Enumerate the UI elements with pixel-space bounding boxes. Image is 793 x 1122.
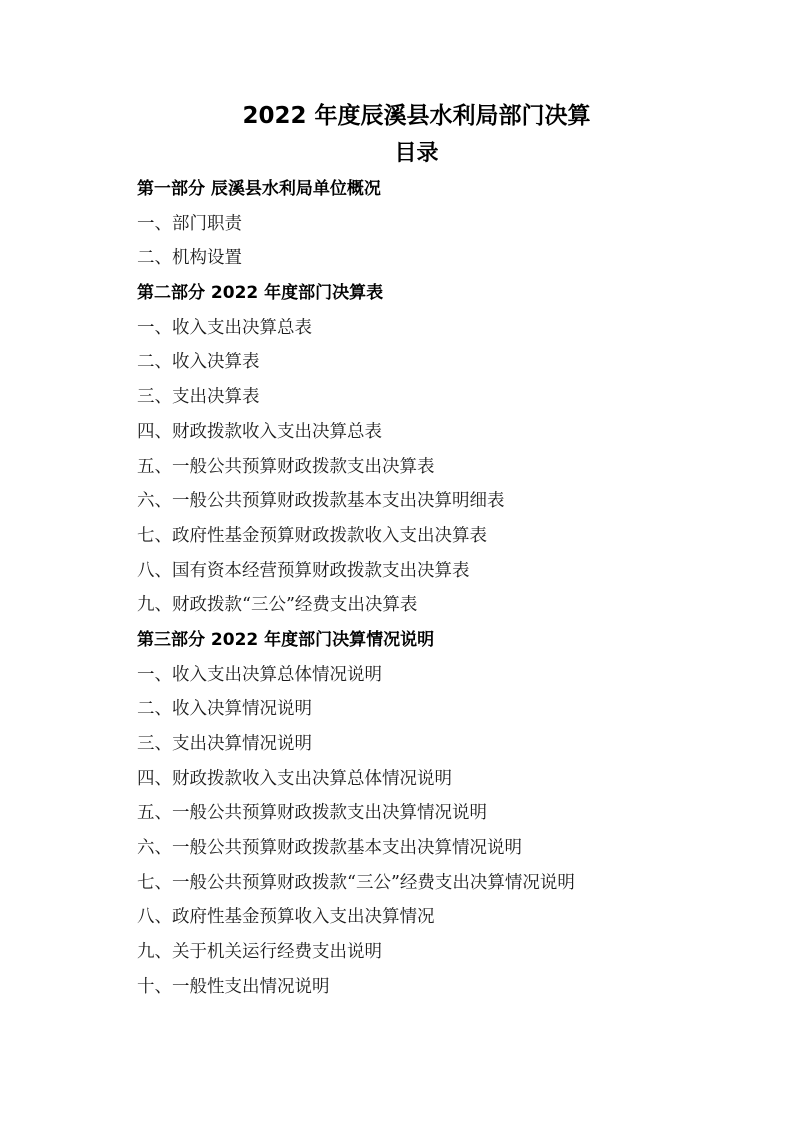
toc-entry: 五、一般公共预算财政拨款支出决算情况说明 <box>137 798 575 833</box>
toc-entry: 二、收入决算情况说明 <box>137 694 575 729</box>
toc-entry: 一、收入支出决算总表 <box>137 313 575 348</box>
toc-entry: 四、财政拨款收入支出决算总体情况说明 <box>137 764 575 799</box>
toc-entry: 八、政府性基金预算收入支出决算情况 <box>137 902 575 937</box>
toc-title: 目录 <box>0 138 793 170</box>
document-page: 2022 年度辰溪县水利局部门决算 目录 第一部分 辰溪县水利局单位概况 一、部… <box>0 0 793 1122</box>
toc-entry: 一、收入支出决算总体情况说明 <box>137 660 575 695</box>
toc-entry: 三、支出决算情况说明 <box>137 729 575 764</box>
toc-entry: 二、收入决算表 <box>137 347 575 382</box>
table-of-contents: 第一部分 辰溪县水利局单位概况 一、部门职责 二、机构设置 第二部分 2022 … <box>137 174 575 1007</box>
toc-entry: 十、一般性支出情况说明 <box>137 972 575 1007</box>
toc-section-heading-part-1: 第一部分 辰溪县水利局单位概况 <box>137 174 575 209</box>
toc-entry: 四、财政拨款收入支出决算总表 <box>137 417 575 452</box>
document-title: 2022 年度辰溪县水利局部门决算 <box>0 100 793 132</box>
toc-entry: 八、国有资本经营预算财政拨款支出决算表 <box>137 556 575 591</box>
toc-section-heading-part-3: 第三部分 2022 年度部门决算情况说明 <box>137 625 575 660</box>
toc-entry: 九、关于机关运行经费支出说明 <box>137 937 575 972</box>
toc-entry: 五、一般公共预算财政拨款支出决算表 <box>137 452 575 487</box>
toc-entry: 七、政府性基金预算财政拨款收入支出决算表 <box>137 521 575 556</box>
toc-entry: 六、一般公共预算财政拨款基本支出决算情况说明 <box>137 833 575 868</box>
toc-section-heading-part-2: 第二部分 2022 年度部门决算表 <box>137 278 575 313</box>
toc-entry: 三、支出决算表 <box>137 382 575 417</box>
toc-entry: 九、财政拨款“三公”经费支出决算表 <box>137 590 575 625</box>
toc-entry: 七、一般公共预算财政拨款“三公”经费支出决算情况说明 <box>137 868 575 903</box>
toc-entry: 二、机构设置 <box>137 243 575 278</box>
toc-entry: 一、部门职责 <box>137 209 575 244</box>
toc-entry: 六、一般公共预算财政拨款基本支出决算明细表 <box>137 486 575 521</box>
